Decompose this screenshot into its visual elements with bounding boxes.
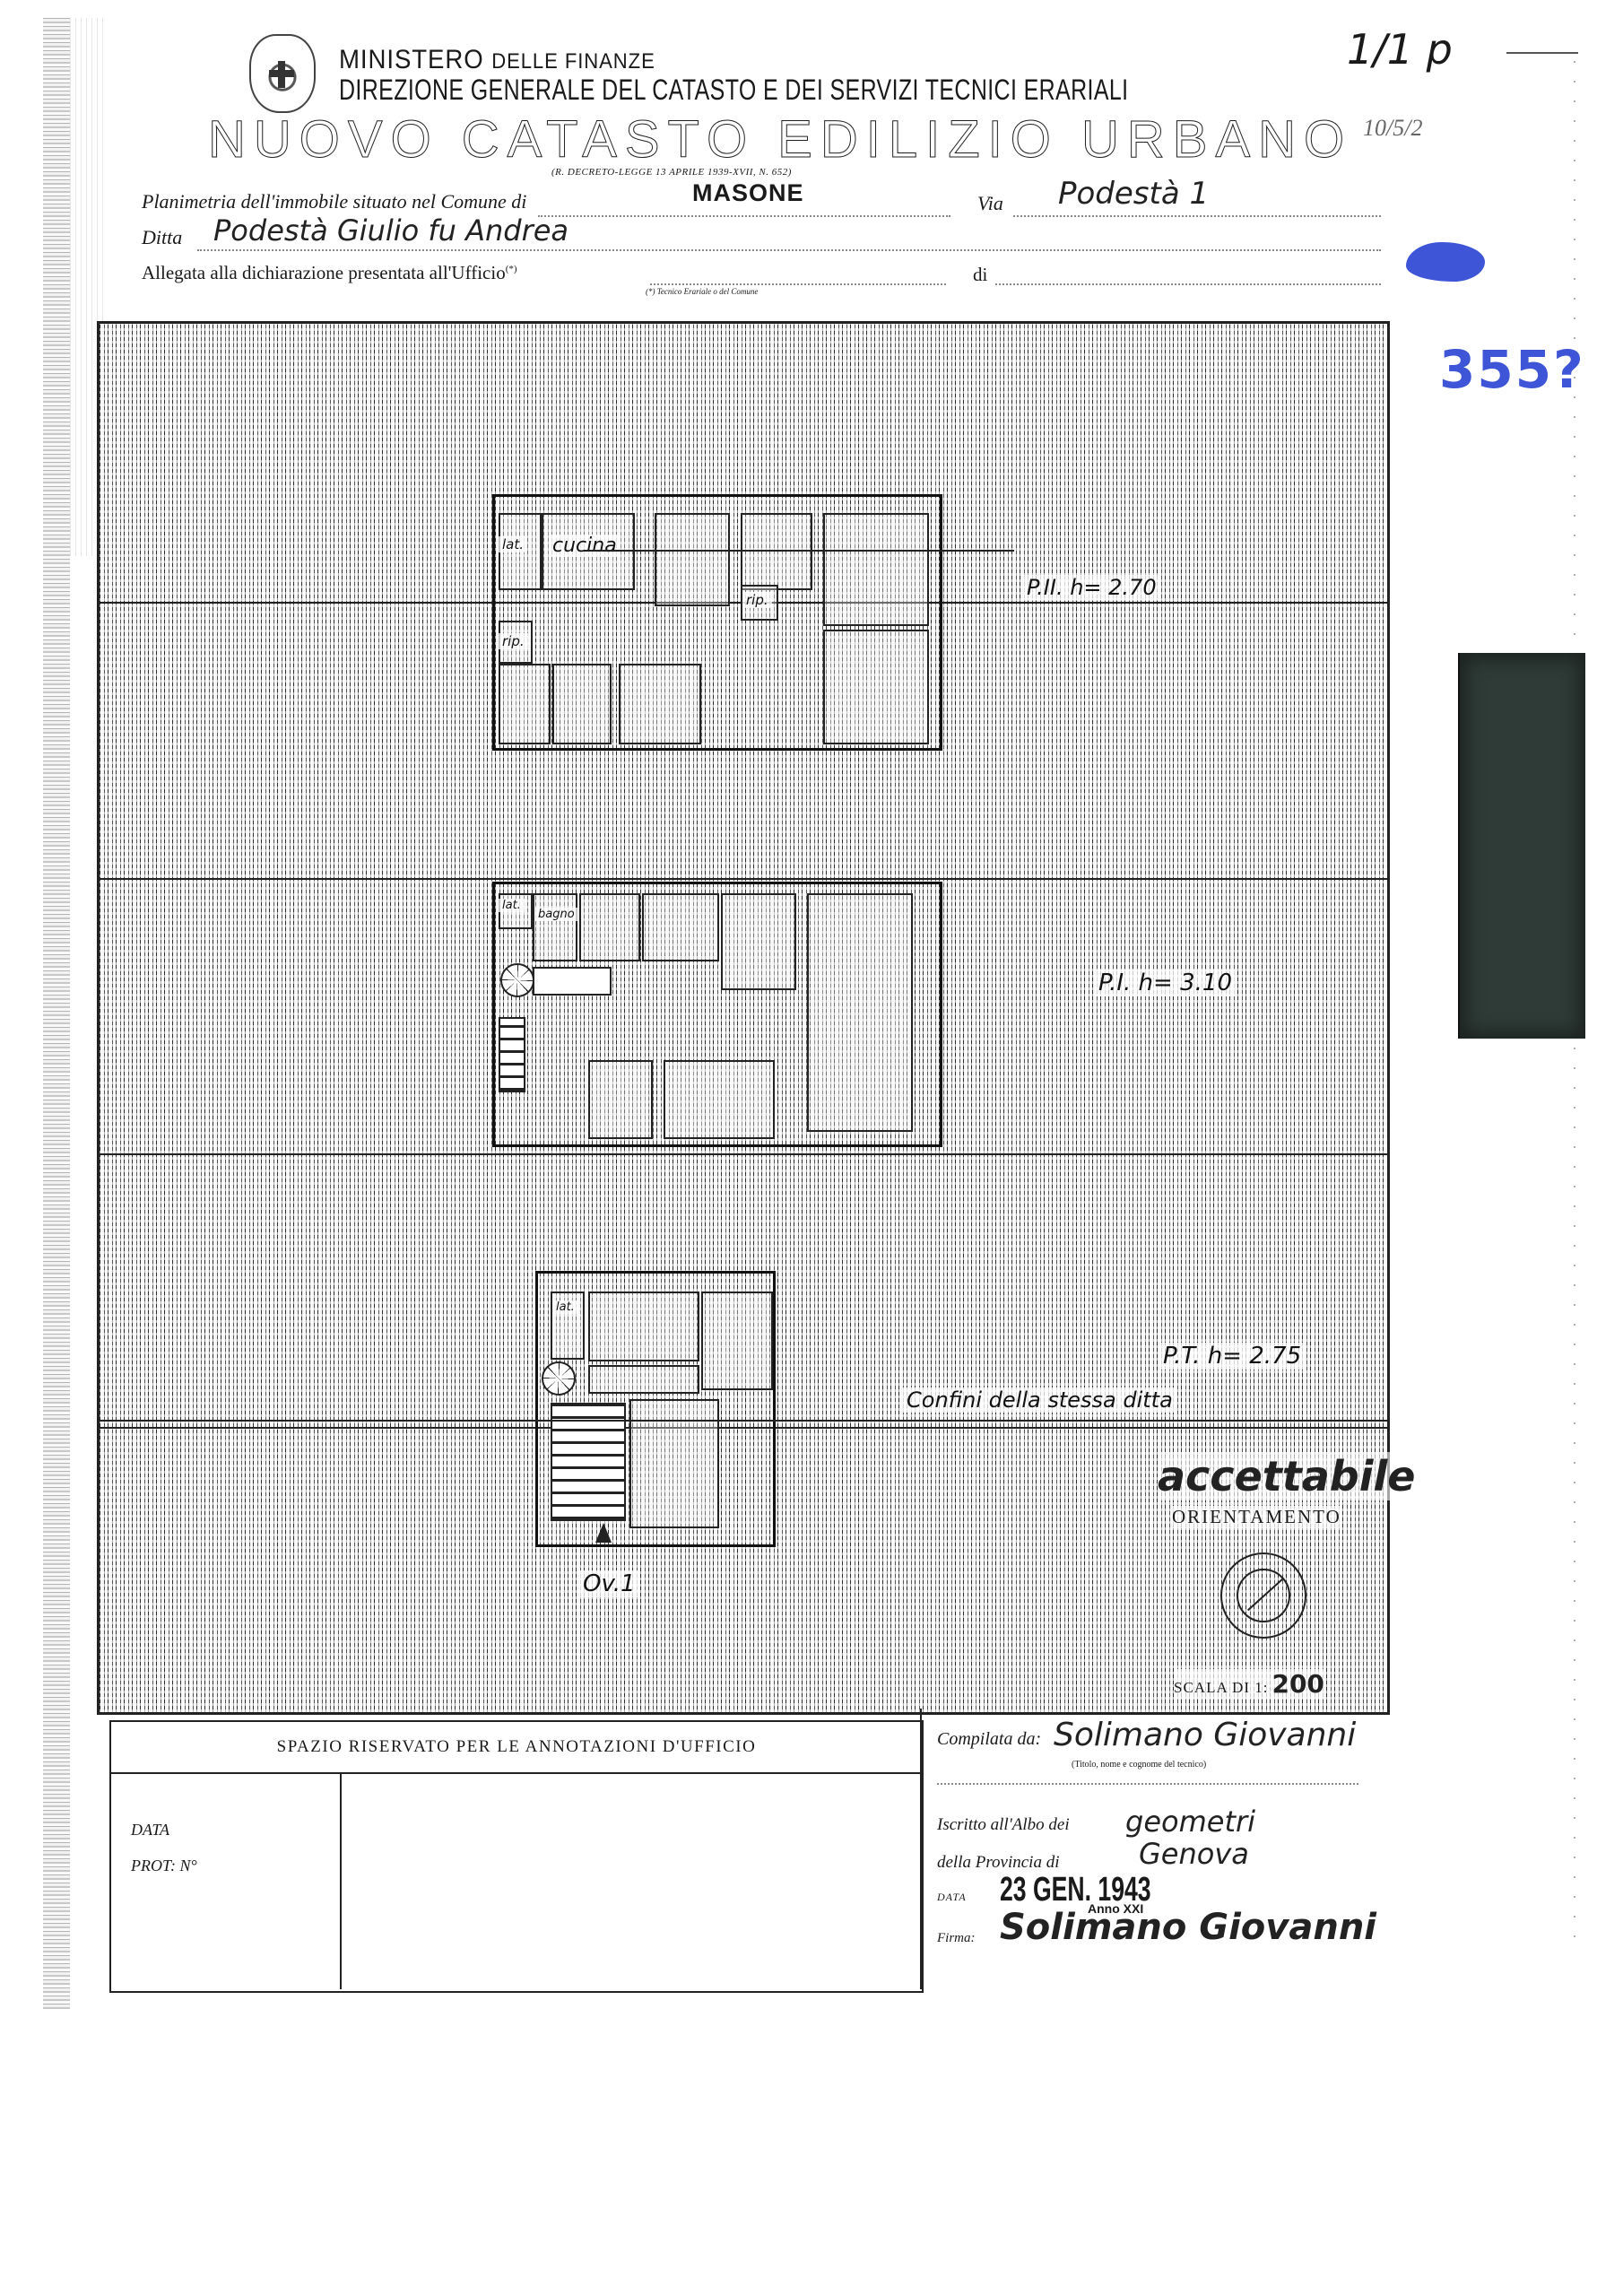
room [807,893,913,1132]
room-label: lat. [499,536,527,552]
faint-handwritten-mark: 10/5/2 [1363,115,1422,142]
boundary-line [100,1420,1387,1422]
office-date-label: DATA [131,1821,169,1839]
room [701,1291,773,1390]
entrance-arrow-icon [595,1523,612,1543]
planimetria-label: Planimetria dell'immobile situato nel Co… [142,190,526,213]
blue-annotation: 355? [1439,339,1585,400]
staircase [499,1017,525,1092]
room-label: rip. [742,592,772,608]
orientation-label: ORIENTAMENTO [1172,1506,1341,1528]
redaction-block [1458,653,1585,1039]
albo-label: Iscritto all'Albo dei [937,1815,1070,1834]
date-label: DATA [937,1891,967,1903]
compilata-label: Compilata da: [937,1729,1041,1749]
room [664,1060,775,1139]
ditta-field-line [197,249,1381,251]
technician-block: Compilata da: Solimano Giovanni (Titolo,… [937,1729,1385,1966]
ministry-heading: MINISTERO DELLE FINANZE [339,45,655,75]
handwritten-page-mark: 1/1 p [1347,25,1453,74]
floor-plan-p2: lat. cucina rip. rip. [492,494,942,751]
comune-field-line [538,215,950,217]
grid-line [100,878,1387,880]
accepted-stamp: accettabile [1158,1452,1415,1500]
room [823,630,929,744]
boundary-note: Confini della stessa ditta [903,1387,1176,1413]
allegata-text: Allegata alla dichiarazione presentata a… [142,262,506,283]
scale-value: 200 [1271,1669,1324,1699]
decree-reference: (R. DECRETO-LEGGE 13 APRILE 1939-XVII, N… [551,167,792,178]
office-annotations-box: SPAZIO RISERVATO PER LE ANNOTAZIONI D'UF… [109,1720,924,1993]
allegata-label: Allegata alla dichiarazione presentata a… [142,262,517,284]
floor-plan-p1: lat. bagno [492,882,942,1147]
room [588,1291,699,1361]
room [655,513,730,606]
entrance-label: Ov.1 [579,1570,639,1597]
grid-line [100,1153,1387,1155]
room [588,1060,653,1139]
floor-plan-pt: lat. [535,1271,776,1547]
scale-indicator: SCALA DI 1: 200 [1174,1669,1324,1699]
ministry-name: MINISTERO [339,45,484,74]
ministry-suffix: DELLE FINANZE [491,49,655,74]
scan-edge-noise [43,18,70,2009]
pen-stroke [1506,52,1578,54]
room [579,893,640,961]
di-label: di [973,264,987,286]
scale-label: SCALA DI 1: [1174,1679,1268,1696]
office-annotations-title: SPAZIO RISERVATO PER LE ANNOTAZIONI D'UF… [111,1722,922,1774]
room [642,893,719,961]
floor-label-leader [584,550,1014,552]
room [499,664,551,744]
firma-label: Firma: [937,1931,976,1945]
floor-plan-sheet: lat. cucina rip. rip. P.II. h= 2.70 lat.… [97,321,1390,1715]
via-field-line [1013,215,1381,217]
room-label: cucina [549,535,621,557]
room-label: lat. [499,899,525,912]
ufficio-field-line [650,283,946,285]
box-divider [340,1774,342,1989]
room [552,664,612,744]
spiral-stair-icon [542,1361,576,1396]
provincia-label: della Provincia di [937,1853,1060,1872]
spiral-stair-icon [500,963,534,997]
directorate-heading: DIREZIONE GENERALE DEL CATASTO E DEI SER… [339,74,1128,107]
landing [533,967,612,996]
compilata-value: Solimano Giovanni [1054,1717,1356,1753]
via-label: Via [977,192,1003,215]
floor-label-p1: P.I. h= 3.10 [1095,970,1236,996]
field-line [937,1783,1358,1785]
allegata-footnote-mark: (*) [506,264,517,274]
compilata-hint: (Titolo, nome e cognome del tecnico) [1072,1760,1206,1770]
ditta-value: Podestà Giulio fu Andrea [213,213,568,248]
floor-label-p2: P.II. h= 2.70 [1023,575,1160,600]
office-prot-label: PROT: N° [131,1857,197,1875]
room [588,1365,699,1394]
room-label: rip. [499,633,528,649]
room [741,513,812,590]
comune-value: MASONE [692,179,804,207]
via-value: Podestà 1 [1058,176,1209,212]
room [629,1399,719,1528]
compass-icon [1220,1552,1306,1639]
document-title: NUOVO CATASTO EDILIZIO URBANO [208,109,1352,170]
room-label: bagno [534,908,578,921]
albo-value: geometri [1125,1805,1255,1839]
room [619,664,701,744]
coat-of-arms-icon [249,34,316,113]
di-field-line [995,283,1381,285]
room-bagno [533,893,577,961]
ditta-label: Ditta [142,226,182,249]
footnote: (*) Tecnico Erariale o del Comune [646,287,758,296]
signature: Solimano Giovanni [1000,1907,1376,1948]
provincia-value: Genova [1139,1837,1249,1871]
room-label: lat. [552,1300,578,1314]
floor-label-pt: P.T. h= 2.75 [1159,1343,1305,1370]
blue-ink-blot [1406,242,1485,282]
technician-box-divider [920,1709,922,1989]
room [823,513,929,626]
room [721,893,796,990]
